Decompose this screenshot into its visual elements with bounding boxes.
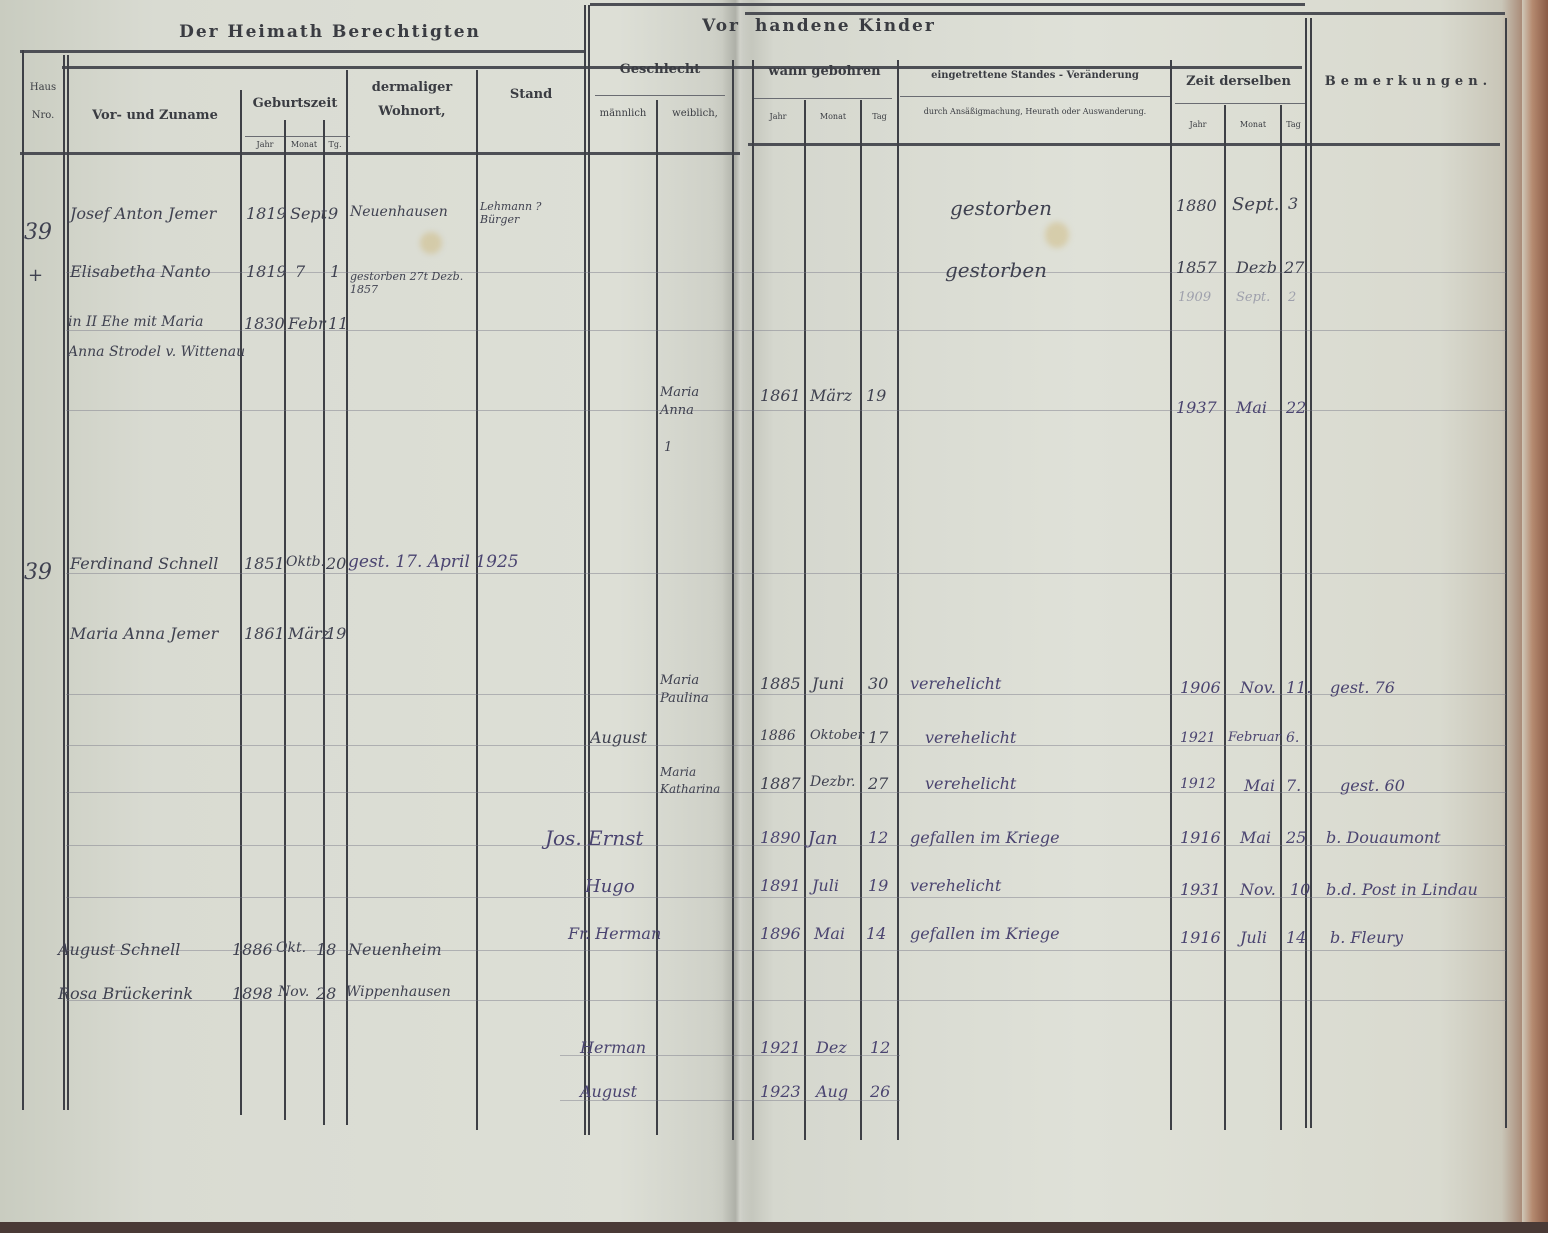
entry-child-birth-day: 27 bbox=[868, 774, 888, 793]
entry-child-male: Herman bbox=[580, 1038, 646, 1057]
entry-change-month: Nov. bbox=[1240, 880, 1276, 899]
entry-change-day: 27 bbox=[1284, 258, 1304, 277]
entry-child-female: Maria Anna bbox=[660, 384, 730, 420]
header-handene-kinder: handene Kinder bbox=[755, 16, 915, 36]
entry-child-birth-year: 1887 bbox=[760, 774, 801, 793]
entry-name: Maria Anna Jemer bbox=[70, 624, 218, 643]
column-line bbox=[346, 70, 348, 1125]
ruling-line bbox=[66, 1000, 1506, 1001]
header-birth-monat: Monat bbox=[285, 140, 323, 149]
entry-child-male: Fr. Herman bbox=[568, 924, 661, 943]
entry-child-male: August bbox=[580, 1082, 637, 1101]
entry-change-day: 11. bbox=[1286, 678, 1311, 697]
entry-residence: Neuenheim bbox=[348, 940, 442, 959]
sub-header-rule bbox=[245, 136, 350, 137]
entry-child-female: Maria Paulina bbox=[660, 672, 730, 708]
entry-change-year: 1916 bbox=[1180, 828, 1221, 847]
entry-name: in II Ehe mit Maria bbox=[68, 314, 203, 330]
entry-change-day: 2 bbox=[1288, 290, 1296, 305]
entry-change: verehelicht bbox=[925, 774, 1016, 793]
entry-birth-year: 1898 bbox=[232, 984, 273, 1003]
header-geschlecht: Geschlecht bbox=[590, 62, 730, 77]
entry-change: verehelicht bbox=[910, 876, 1001, 895]
entry-change-year: 1916 bbox=[1180, 928, 1221, 947]
entry-birth-year: 1851 bbox=[244, 554, 285, 573]
header-top-rule bbox=[590, 3, 1305, 6]
ruling-line bbox=[66, 573, 1506, 574]
entry-birth-year: 1819 bbox=[246, 262, 287, 281]
entry-child-birth-day: 19 bbox=[868, 876, 888, 895]
column-line bbox=[1170, 60, 1172, 1130]
entry-child-birth-month: Oktober bbox=[810, 728, 864, 743]
entry-change-year: 1931 bbox=[1180, 880, 1221, 899]
header-geburtszeit: Geburtszeit bbox=[244, 96, 346, 111]
entry-change-day: 3 bbox=[1288, 194, 1298, 213]
entry-residence: Wippenhausen bbox=[346, 984, 451, 1000]
entry-change-year: 1909 bbox=[1178, 290, 1211, 305]
entry-child-birth-month: Dez bbox=[816, 1038, 847, 1057]
paper-stain bbox=[1045, 222, 1069, 248]
column-line bbox=[584, 5, 586, 1135]
entry-birth-day: 28 bbox=[316, 984, 336, 1003]
sub-header-rule bbox=[900, 96, 1170, 97]
entry-change-month: Mai bbox=[1236, 398, 1267, 417]
header-vor: Vor bbox=[660, 16, 740, 36]
entry-name: Ferdinand Schnell bbox=[70, 554, 218, 573]
entry-birth-day: 11 bbox=[328, 314, 348, 333]
entry-change: gestorben bbox=[945, 258, 1047, 282]
entry-child-birth-day: 12 bbox=[870, 1038, 890, 1057]
header-born-tag: Tag bbox=[862, 112, 897, 121]
header-top-rule bbox=[20, 50, 585, 53]
entry-birth-year: 1861 bbox=[244, 624, 285, 643]
entry-child-birth-year: 1923 bbox=[760, 1082, 801, 1101]
entry-child-mark: 1 bbox=[664, 440, 672, 455]
column-line bbox=[588, 5, 590, 1135]
entry-birth-month: Oktb. bbox=[286, 554, 325, 570]
paper-stain bbox=[420, 232, 442, 254]
header-zeit-derselben: Zeit derselben bbox=[1172, 74, 1305, 89]
entry-child-birth-month: März bbox=[810, 386, 852, 405]
header-stand: Stand bbox=[478, 87, 584, 102]
entry-residence: gest. 17. April 1925 bbox=[348, 552, 519, 572]
header-heimath-berechtigten: Der Heimath Berechtigten bbox=[150, 22, 510, 42]
entry-change-day: 25 bbox=[1286, 828, 1306, 847]
entry-birth-month: 7 bbox=[295, 262, 305, 281]
entry-birth-day: 9 bbox=[328, 204, 338, 223]
header-weiblich: weiblich, bbox=[658, 108, 732, 119]
entry-birth-day: 20 bbox=[326, 554, 346, 573]
entry-change-month: Sept. bbox=[1232, 194, 1279, 215]
entry-change-day: 6. bbox=[1286, 730, 1299, 746]
entry-change-day: 7. bbox=[1286, 776, 1301, 795]
entry-birth-month: März bbox=[288, 624, 330, 643]
entry-child-birth-month: Aug bbox=[816, 1082, 848, 1101]
entry-change-day: 22 bbox=[1286, 398, 1306, 417]
entry-residence: Neuenhausen bbox=[350, 204, 448, 220]
book-bottom-edge bbox=[0, 1222, 1548, 1233]
header-name: Vor- und Zuname bbox=[70, 108, 240, 123]
header-bottom-rule bbox=[20, 152, 740, 155]
entry-child-birth-year: 1890 bbox=[760, 828, 801, 847]
entry-birth-year: 1819 bbox=[246, 204, 287, 223]
entry-change-month: Dezb bbox=[1236, 258, 1277, 277]
column-line bbox=[897, 60, 899, 1140]
entry-remark: gest. 60 bbox=[1340, 776, 1405, 795]
entry-haus-nr: 39 bbox=[24, 220, 52, 245]
header-haus: Haus bbox=[22, 82, 64, 93]
header-born-monat: Monat bbox=[806, 112, 860, 121]
column-line bbox=[240, 90, 242, 1115]
entry-name: Elisabetha Nanto bbox=[70, 262, 211, 281]
header-time-monat: Monat bbox=[1226, 120, 1280, 129]
entry-birth-month: Sept bbox=[290, 204, 327, 223]
column-line bbox=[323, 120, 325, 1125]
entry-birth-month: Febr bbox=[288, 314, 326, 333]
entry-birth-day: 18 bbox=[316, 940, 336, 959]
header-top-rule bbox=[745, 12, 1505, 15]
header-maennlich: männlich bbox=[590, 108, 656, 119]
entry-change: gefallen im Kriege bbox=[910, 828, 1060, 847]
column-line bbox=[752, 60, 754, 1140]
column-line bbox=[1280, 105, 1282, 1130]
entry-child-birth-day: 19 bbox=[866, 386, 886, 405]
column-line bbox=[476, 70, 478, 1130]
column-line bbox=[656, 100, 658, 1135]
entry-change-month: Mai bbox=[1240, 828, 1271, 847]
entry-child-birth-month: Juni bbox=[812, 674, 844, 693]
entry-change-month: Sept. bbox=[1236, 290, 1270, 305]
entry-child-birth-day: 26 bbox=[870, 1082, 890, 1101]
entry-change-year: 1857 bbox=[1176, 258, 1217, 277]
entry-change-day: 10 bbox=[1290, 880, 1310, 899]
entry-change-year: 1921 bbox=[1180, 730, 1216, 746]
header-time-jahr: Jahr bbox=[1172, 120, 1224, 129]
entry-child-male: August bbox=[590, 728, 647, 747]
header-born-jahr: Jahr bbox=[752, 112, 804, 121]
column-line bbox=[1224, 105, 1226, 1130]
entry-birth-month: Okt. bbox=[276, 940, 306, 956]
entry-name-line2: Anna Strodel v. Wittenau bbox=[68, 344, 245, 360]
entry-change-month: Nov. bbox=[1240, 678, 1276, 697]
entry-stand: Lehmann ? Bürger bbox=[480, 200, 570, 226]
sub-header-rule bbox=[752, 98, 892, 99]
entry-remark: b. Fleury bbox=[1330, 928, 1403, 947]
entry-child-birth-month: Jan bbox=[808, 828, 838, 849]
header-wohnort: Wohnort, bbox=[348, 104, 476, 119]
entry-child-male: Hugo bbox=[585, 876, 635, 897]
entry-child-birth-day: 30 bbox=[868, 674, 888, 693]
sub-header-rule bbox=[1175, 103, 1305, 104]
header-nro: Nro. bbox=[22, 110, 64, 121]
entry-name: Rosa Brückerink bbox=[58, 984, 193, 1003]
entry-change-year: 1937 bbox=[1176, 398, 1217, 417]
entry-haus-nr: 39 bbox=[24, 560, 52, 585]
sub-header-rule bbox=[595, 95, 725, 96]
entry-child-birth-day: 12 bbox=[868, 828, 888, 847]
register-book-spread: Der Heimath Berechtigten Haus Nro. Vor- … bbox=[0, 0, 1548, 1233]
entry-child-birth-month: Dezbr. bbox=[810, 774, 855, 790]
entry-child-birth-day: 17 bbox=[868, 728, 888, 747]
header-dermaliger: dermaliger bbox=[348, 80, 476, 95]
entry-child-birth-year: 1885 bbox=[760, 674, 801, 693]
entry-child-birth-month: Juli bbox=[812, 876, 839, 895]
entry-remark: b.d. Post in Lindau bbox=[1326, 880, 1478, 899]
entry-change-year: 1880 bbox=[1176, 196, 1217, 215]
entry-birth-day: 1 bbox=[330, 262, 340, 281]
entry-child-birth-year: 1891 bbox=[760, 876, 801, 895]
entry-change: verehelicht bbox=[910, 674, 1001, 693]
entry-child-birth-year: 1861 bbox=[760, 386, 801, 405]
entry-child-female: Maria Katharina bbox=[660, 764, 732, 798]
book-edge bbox=[1522, 0, 1548, 1233]
column-line bbox=[804, 100, 806, 1140]
entry-change: verehelicht bbox=[925, 728, 1016, 747]
header-change-detail: durch Ansäßigmachung, Heurath oder Auswa… bbox=[915, 106, 1155, 118]
entry-change-month: Februar bbox=[1228, 730, 1281, 745]
entry-child-male: Jos. Ernst bbox=[545, 826, 643, 850]
entry-birth-year: 1830 bbox=[244, 314, 285, 333]
entry-remark: b. Douaumont bbox=[1326, 828, 1441, 847]
header-standes-veraenderung: eingetrettene Standes - Veränderung bbox=[900, 70, 1170, 81]
entry-child-birth-month: Mai bbox=[814, 924, 845, 943]
column-line bbox=[732, 60, 734, 1140]
header-birth-tag: Tg. bbox=[324, 140, 346, 149]
entry-change: gestorben bbox=[950, 196, 1052, 220]
entry-child-birth-year: 1921 bbox=[760, 1038, 801, 1057]
entry-child-birth-year: 1886 bbox=[760, 728, 796, 744]
entry-change-year: 1906 bbox=[1180, 678, 1221, 697]
entry-child-birth-day: 14 bbox=[866, 924, 886, 943]
header-birth-jahr: Jahr bbox=[246, 140, 284, 149]
entry-change-day: 14 bbox=[1286, 928, 1306, 947]
entry-deceased-mark: + bbox=[28, 265, 43, 286]
entry-birth-month: Nov. bbox=[278, 984, 309, 1000]
entry-change: gefallen im Kriege bbox=[910, 924, 1060, 943]
header-bemerkungen: Bemerkungen. bbox=[1312, 74, 1505, 89]
column-line bbox=[860, 100, 862, 1140]
entry-residence: gestorben 27t Dezb. 1857 bbox=[350, 270, 475, 296]
entry-change-year: 1912 bbox=[1180, 776, 1216, 792]
book-spine bbox=[722, 0, 752, 1233]
entry-name: August Schnell bbox=[58, 940, 180, 959]
entry-remark: gest. 76 bbox=[1330, 678, 1395, 697]
entry-name: Josef Anton Jemer bbox=[70, 204, 216, 223]
entry-change-month: Mai bbox=[1244, 776, 1275, 795]
header-time-tag: Tag bbox=[1282, 120, 1305, 129]
entry-child-birth-year: 1896 bbox=[760, 924, 801, 943]
entry-birth-year: 1886 bbox=[232, 940, 273, 959]
entry-birth-day: 19 bbox=[326, 624, 346, 643]
entry-change-month: Juli bbox=[1240, 928, 1267, 947]
header-wann-gebohren: wann gebohren bbox=[752, 64, 897, 79]
